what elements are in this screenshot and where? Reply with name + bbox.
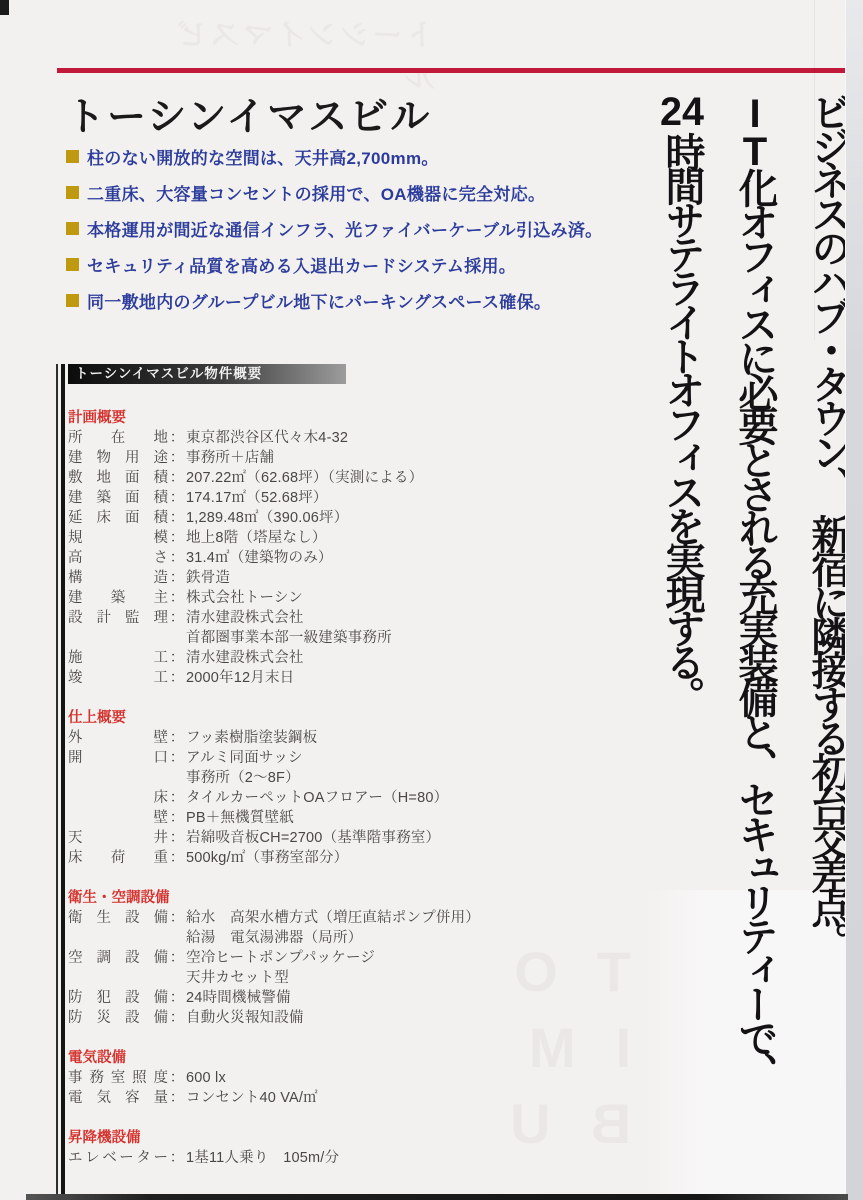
spec-row-label: 空調設備 xyxy=(68,948,168,968)
spec-border-inner xyxy=(61,364,65,1194)
spec-row-label xyxy=(68,928,168,948)
spec-row-label: 設計監理 xyxy=(68,608,168,628)
spec-row: 開口 ： アルミ同面サッシ xyxy=(68,748,498,768)
spec-row-value: 岩綿吸音板CH=2700（基準階事務室） xyxy=(186,828,498,848)
spec-row-colon: ： xyxy=(168,448,186,468)
spec-row-colon: ： xyxy=(168,568,186,588)
bullet-square-icon xyxy=(66,258,79,271)
spec-row: 施工 ： 清水建設株式会社 xyxy=(68,648,498,668)
spec-row-label: 延床面積 xyxy=(68,508,168,528)
spec-row-label: 壁 xyxy=(68,808,168,828)
spec-row-colon: ： xyxy=(168,488,186,508)
spec-row-colon: ： xyxy=(168,608,186,628)
spec-row-colon: ： xyxy=(168,548,186,568)
spec-row-colon: ： xyxy=(168,668,186,688)
spec-row-label: 防災設備 xyxy=(68,1008,168,1028)
spec-header-title: トーシンイマスビル物件概要 xyxy=(75,366,262,381)
spec-section-title: 仕上概要 xyxy=(68,708,498,728)
spec-row-label: 施工 xyxy=(68,648,168,668)
spec-section-title-text: 計画概要 xyxy=(68,410,126,426)
spec-section-title-text: 電気設備 xyxy=(68,1050,126,1066)
feature-item: セキュリティ品質を高める入退出カードシステム採用。 xyxy=(66,252,626,277)
spec-row-colon: ： xyxy=(168,1148,186,1168)
spec-row: ： 天井カセット型 xyxy=(68,968,498,988)
feature-text: 二重床、大容量コンセントの採用で、OA機器に完全対応。 xyxy=(87,180,545,205)
spec-row-label: 建物用途 xyxy=(68,448,168,468)
spec-row-colon: ： xyxy=(168,588,186,608)
top-red-rule xyxy=(57,68,863,73)
spec-table: 計画概要 所在地 ： 東京都渋谷区代々木4-32 建物用途 ： 事務所＋店舗 敷… xyxy=(68,388,498,1168)
paper-crease xyxy=(814,0,815,340)
spec-row-value: 清水建設株式会社 xyxy=(186,648,498,668)
spec-row-colon: ： xyxy=(168,1088,186,1108)
spec-row-colon: ： xyxy=(168,728,186,748)
feature-text: 同一敷地内のグループビル地下にパーキングスペース確保。 xyxy=(87,288,551,313)
spec-row: 設計監理 ： 清水建設株式会社 xyxy=(68,608,498,628)
feature-item: 同一敷地内のグループビル地下にパーキングスペース確保。 xyxy=(66,288,626,313)
bullet-square-icon xyxy=(66,294,79,307)
spec-row-value: 600 lx xyxy=(186,1068,498,1088)
spec-row-colon: ： xyxy=(168,748,186,768)
spec-row-value: 174.17㎡（52.68坪） xyxy=(186,488,498,508)
bullet-square-icon xyxy=(66,150,79,163)
watermark-letters: IM xyxy=(519,1018,631,1094)
spec-row-value: 1,289.48㎡（390.06坪） xyxy=(186,508,498,528)
spec-row-label: 所在地 xyxy=(68,428,168,448)
spec-row: 天井 ： 岩綿吸音板CH=2700（基準階事務室） xyxy=(68,828,498,848)
spec-row: 防災設備 ： 自動火災報知設備 xyxy=(68,1008,498,1028)
spec-row-colon: ： xyxy=(168,848,186,868)
feature-item: 二重床、大容量コンセントの採用で、OA機器に完全対応。 xyxy=(66,180,626,205)
spec-row: 延床面積 ： 1,289.48㎡（390.06坪） xyxy=(68,508,498,528)
spec-row: エレベーター ： 1基11人乗り 105m/分 xyxy=(68,1148,498,1168)
spec-row: 壁 ： PB＋無機質壁紙 xyxy=(68,808,498,828)
spec-border-outer xyxy=(56,364,58,1194)
watermark-letters: BU xyxy=(519,1094,631,1170)
spec-row-colon: ： xyxy=(168,648,186,668)
spec-row-label: 規模 xyxy=(68,528,168,548)
spec-row-value: 自動火災報知設備 xyxy=(186,1008,498,1028)
spec-row-label: 開口 xyxy=(68,748,168,768)
spec-row-label: 構造 xyxy=(68,568,168,588)
spec-row: ： 給湯 電気湯沸器（局所） xyxy=(68,928,498,948)
headline-column: IT化オフィスに必要とされる充実装備と、セキュリティーで、 xyxy=(735,92,775,1182)
spec-row-label: 床 xyxy=(68,788,168,808)
spec-row-label: エレベーター xyxy=(68,1148,168,1168)
spec-row: 高さ ： 31.4㎡（建築物のみ） xyxy=(68,548,498,568)
spec-row-value: アルミ同面サッシ xyxy=(186,748,498,768)
spec-row-value: 地上8階（塔屋なし） xyxy=(186,528,498,548)
spec-row-value: タイルカーペットOAフロアー（H=80） xyxy=(186,788,498,808)
spec-row-colon: ： xyxy=(168,808,186,828)
spec-section-title-text: 昇降機設備 xyxy=(68,1130,141,1146)
feature-text: セキュリティ品質を高める入退出カードシステム採用。 xyxy=(87,252,516,277)
spec-row-value: 24時間機械警備 xyxy=(186,988,498,1008)
spec-row: 建築主 ： 株式会社トーシン xyxy=(68,588,498,608)
feature-item: 本格運用が間近な通信インフラ、光ファイバーケーブル引込み済。 xyxy=(66,216,626,241)
spec-row-colon: ： xyxy=(168,908,186,928)
spec-row-colon: ： xyxy=(168,828,186,848)
scan-corner-mark xyxy=(0,0,9,15)
top-showthrough-text: トーシンイマスビル xyxy=(165,10,435,98)
watermark-letters: TO xyxy=(519,942,631,1018)
spec-row-label: 電気容量 xyxy=(68,1088,168,1108)
spec-row-value: 首都圏事業本部一級建築事務所 xyxy=(186,628,498,648)
spec-row: 床 ： タイルカーペットOAフロアー（H=80） xyxy=(68,788,498,808)
spec-row-label: 外壁 xyxy=(68,728,168,748)
spec-section-title: 電気設備 xyxy=(68,1048,498,1068)
spec-row-value: コンセント40 VA/㎡ xyxy=(186,1088,498,1108)
spec-row-value: 天井カセット型 xyxy=(186,968,498,988)
spec-row-value: 鉄骨造 xyxy=(186,568,498,588)
spec-row-colon: ： xyxy=(168,1068,186,1088)
feature-text: 柱のない開放的な空間は、天井高2,700mm。 xyxy=(87,144,439,169)
spec-row-value: 清水建設株式会社 xyxy=(186,608,498,628)
spec-row-value: 207.22㎡（62.68坪）（実測による） xyxy=(186,468,498,488)
spec-row: 外壁 ： フッ素樹脂塗装鋼板 xyxy=(68,728,498,748)
spec-row-label: 敷地面積 xyxy=(68,468,168,488)
spec-row-value: フッ素樹脂塗装鋼板 xyxy=(186,728,498,748)
feature-list: 柱のない開放的な空間は、天井高2,700mm。 二重床、大容量コンセントの採用で… xyxy=(66,144,626,324)
spec-row-colon: ： xyxy=(168,468,186,488)
spec-row-label: 天井 xyxy=(68,828,168,848)
spec-row: ： 事務所（2～8F） xyxy=(68,768,498,788)
headline-column: 24時間サテライトオフィスを実現する。 xyxy=(662,92,702,1182)
spec-row-label: 事務室照度 xyxy=(68,1068,168,1088)
showthrough-watermark: TO IM BU xyxy=(519,942,631,1170)
spec-row-colon: ： xyxy=(168,428,186,448)
spec-row: 空調設備 ： 空冷ヒートポンプパッケージ xyxy=(68,948,498,968)
spec-row-label: 竣工 xyxy=(68,668,168,688)
spec-row-colon: ： xyxy=(168,1008,186,1028)
spec-row-value: 空冷ヒートポンプパッケージ xyxy=(186,948,498,968)
spec-row: 敷地面積 ： 207.22㎡（62.68坪）（実測による） xyxy=(68,468,498,488)
bullet-square-icon xyxy=(66,222,79,235)
spec-row-colon: ： xyxy=(168,988,186,1008)
spec-row-value: 東京都渋谷区代々木4-32 xyxy=(186,428,498,448)
spec-row-value: 事務所＋店舗 xyxy=(186,448,498,468)
bullet-square-icon xyxy=(66,186,79,199)
spec-row-value: 31.4㎡（建築物のみ） xyxy=(186,548,498,568)
spec-row-value: 2000年12月末日 xyxy=(186,668,498,688)
spec-row: 建築面積 ： 174.17㎡（52.68坪） xyxy=(68,488,498,508)
spec-row-label xyxy=(68,768,168,788)
spec-row: 電気容量 ： コンセント40 VA/㎡ xyxy=(68,1088,498,1108)
spec-row-label: 床荷重 xyxy=(68,848,168,868)
spec-row-value: 株式会社トーシン xyxy=(186,588,498,608)
spec-row-label: 建築面積 xyxy=(68,488,168,508)
scan-edge-strip xyxy=(845,0,863,1200)
spec-row-label: 高さ xyxy=(68,548,168,568)
spec-row-value: 500kg/㎡（事務室部分） xyxy=(186,848,498,868)
spec-row-label: 衛生設備 xyxy=(68,908,168,928)
spec-row-label xyxy=(68,968,168,988)
spec-header-bar: トーシンイマスビル物件概要 xyxy=(68,364,346,384)
spec-row: 竣工 ： 2000年12月末日 xyxy=(68,668,498,688)
spec-section-title: 衛生・空調設備 xyxy=(68,888,498,908)
spec-row-colon: ： xyxy=(168,948,186,968)
spec-row: 衛生設備 ： 給水 高架水槽方式（増圧直結ポンプ併用） xyxy=(68,908,498,928)
vertical-headline: ビジネスのハブ・タウン、 新宿に隣接する初台交差点。 IT化オフィスに必要とされ… xyxy=(629,92,848,1182)
spec-row-value: PB＋無機質壁紙 xyxy=(186,808,498,828)
feature-item: 柱のない開放的な空間は、天井高2,700mm。 xyxy=(66,144,626,169)
spec-section-title: 計画概要 xyxy=(68,408,498,428)
spec-row-colon: ： xyxy=(168,788,186,808)
spec-section-title-text: 仕上概要 xyxy=(68,710,126,726)
spec-row-value: 給湯 電気湯沸器（局所） xyxy=(186,928,498,948)
spec-section-title-text: 衛生・空調設備 xyxy=(68,890,170,906)
spec-row: 構造 ： 鉄骨造 xyxy=(68,568,498,588)
spec-row: 所在地 ： 東京都渋谷区代々木4-32 xyxy=(68,428,498,448)
spec-row-colon: ： xyxy=(168,528,186,548)
spec-section-title: 昇降機設備 xyxy=(68,1128,498,1148)
page-bottom-edge xyxy=(26,1194,848,1200)
spec-row-value: 給水 高架水槽方式（増圧直結ポンプ併用） xyxy=(186,908,498,928)
spec-row-label: 建築主 xyxy=(68,588,168,608)
spec-row: 防犯設備 ： 24時間機械警備 xyxy=(68,988,498,1008)
spec-row: 規模 ： 地上8階（塔屋なし） xyxy=(68,528,498,548)
feature-text: 本格運用が間近な通信インフラ、光ファイバーケーブル引込み済。 xyxy=(87,216,602,241)
spec-row-value: 事務所（2～8F） xyxy=(186,768,498,788)
spec-row-value: 1基11人乗り 105m/分 xyxy=(186,1148,498,1168)
spec-row: 床荷重 ： 500kg/㎡（事務室部分） xyxy=(68,848,498,868)
page-title: トーシンイマスビル xyxy=(66,86,431,142)
spec-row: ： 首都圏事業本部一級建築事務所 xyxy=(68,628,498,648)
spec-row-colon: ： xyxy=(168,508,186,528)
spec-row: 建物用途 ： 事務所＋店舗 xyxy=(68,448,498,468)
spec-row-label xyxy=(68,628,168,648)
spec-row: 事務室照度 ： 600 lx xyxy=(68,1068,498,1088)
spec-row-label: 防犯設備 xyxy=(68,988,168,1008)
